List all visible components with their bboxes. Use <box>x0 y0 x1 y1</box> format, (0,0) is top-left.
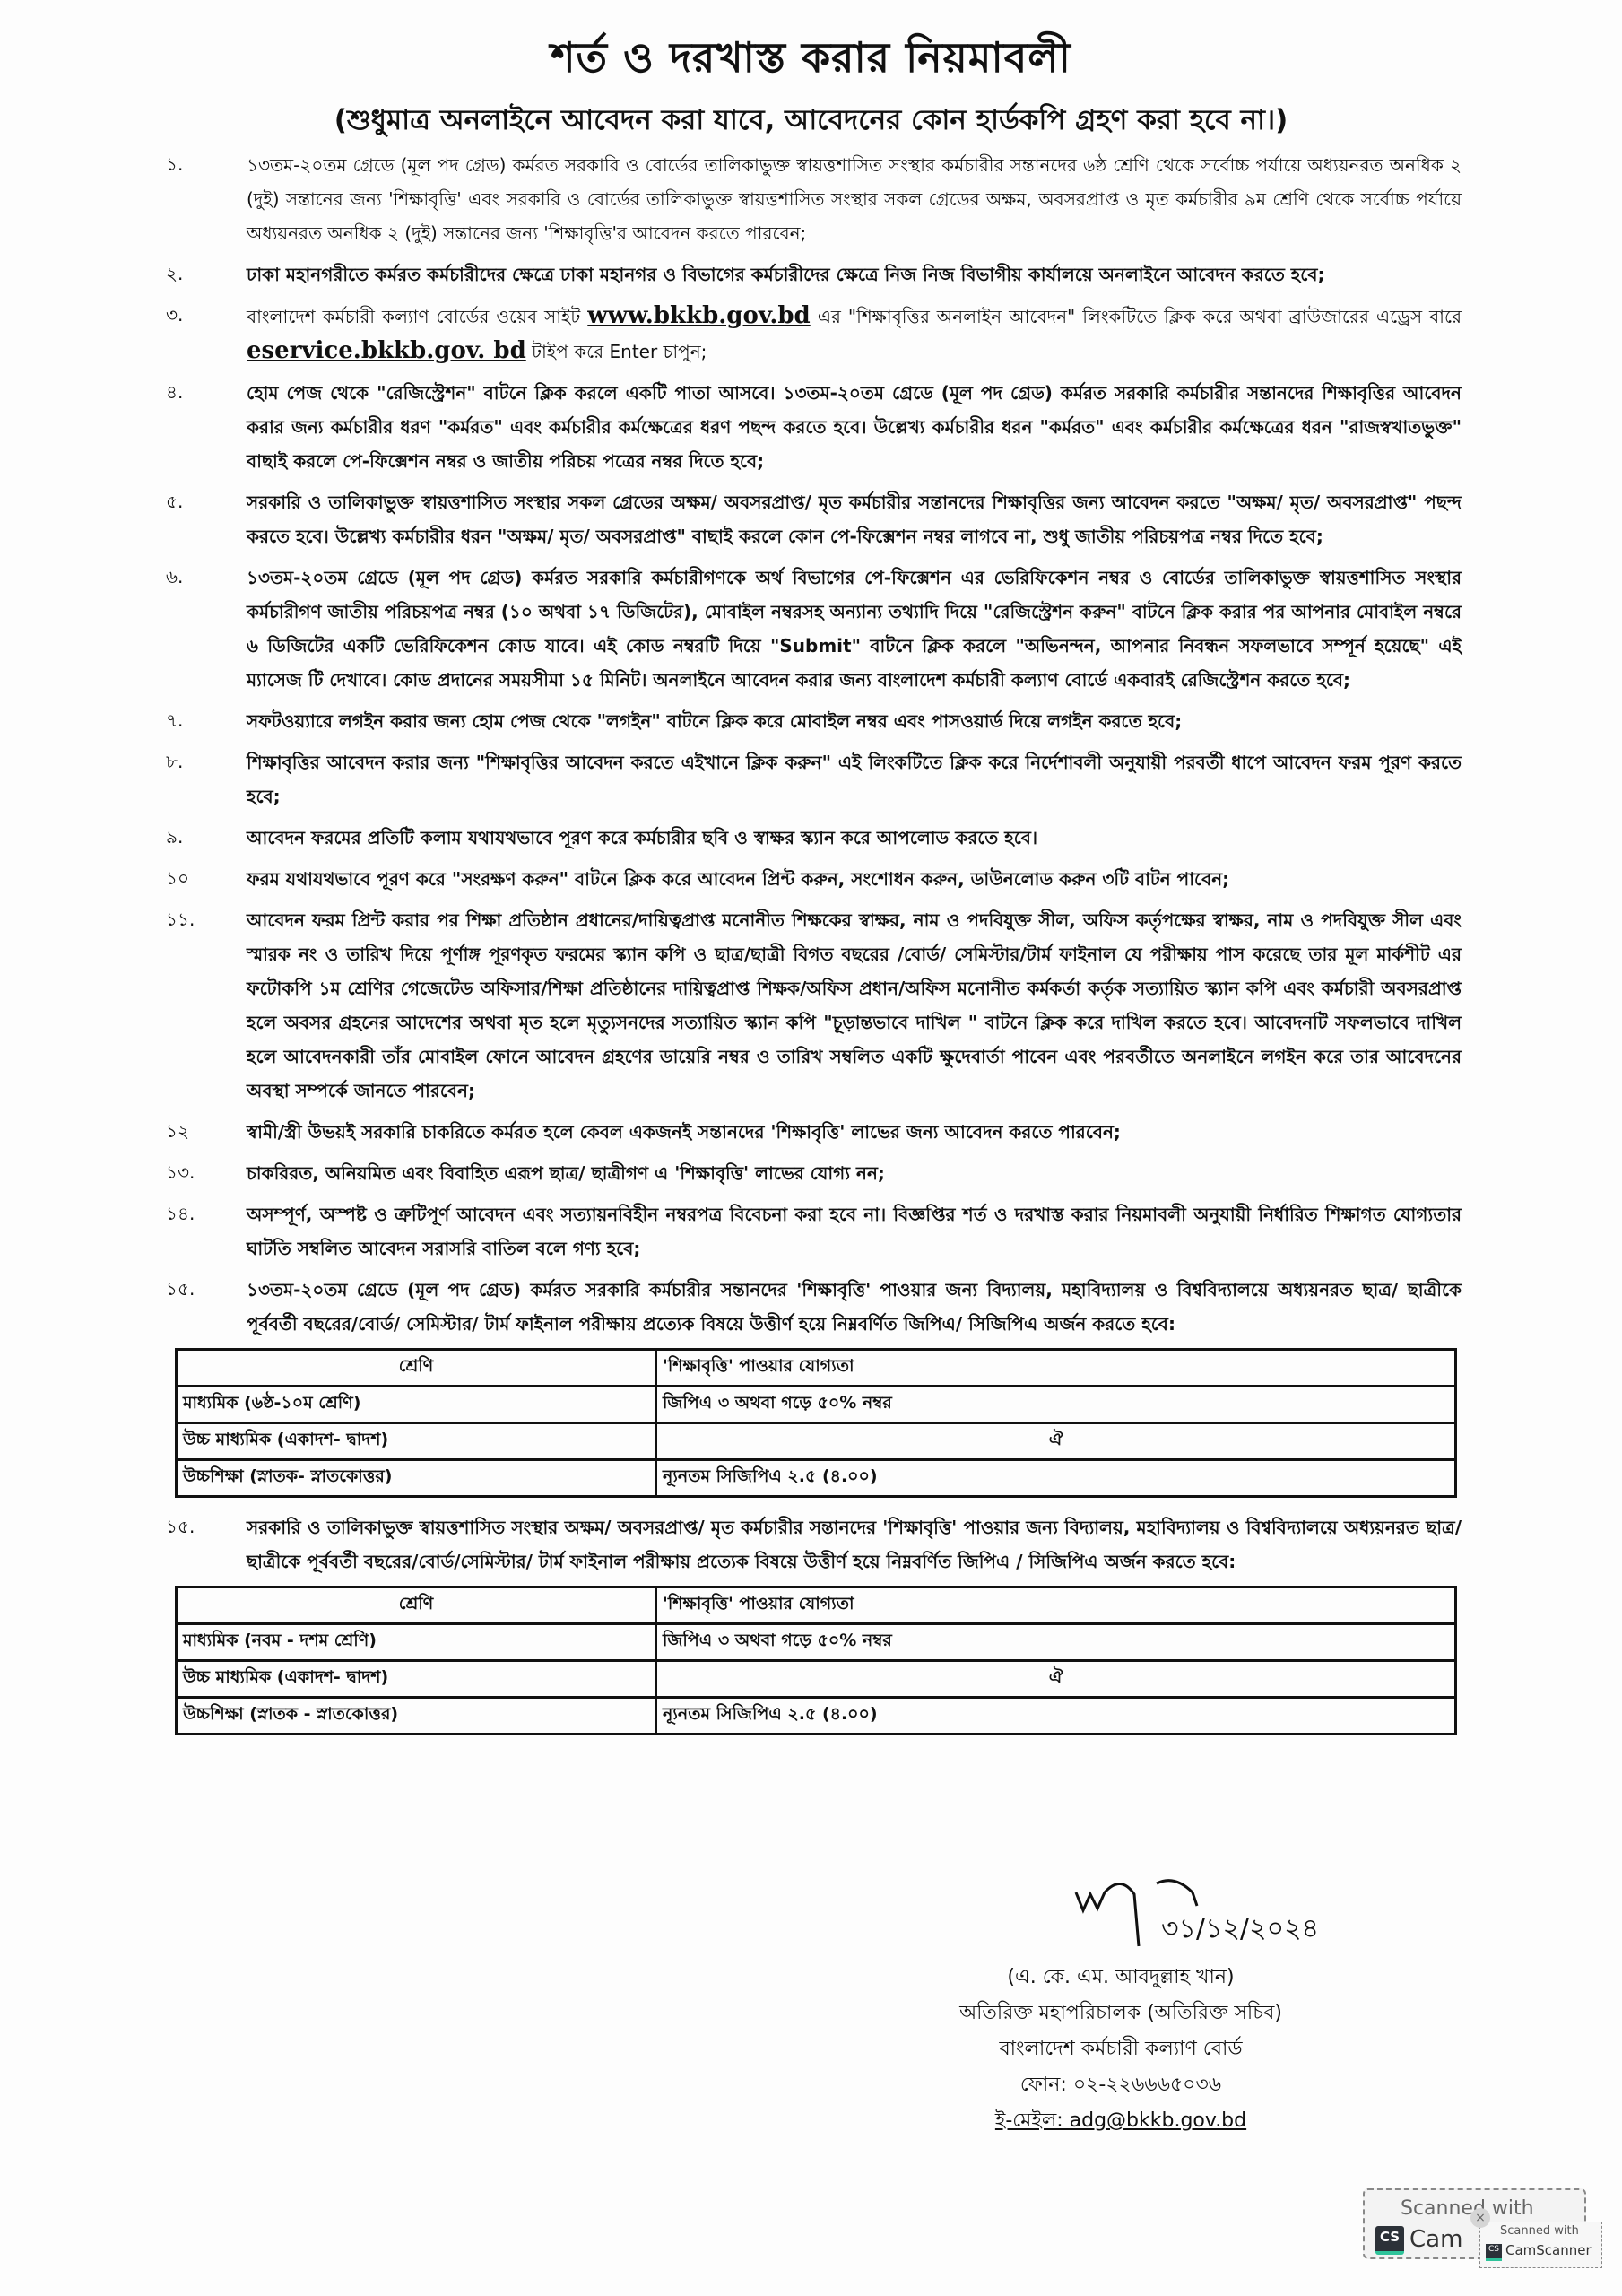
list-item: ২.ঢাকা মহানগরীতে কর্মরত কর্মচারীদের ক্ষে… <box>166 257 1462 291</box>
item-number: ১৪. <box>166 1197 247 1231</box>
item-text: স্বামী/স্ত্রী উভয়ই সরকারি চাকরিতে কর্মর… <box>247 1115 1462 1149</box>
item-number: ৭. <box>166 704 247 737</box>
item-number: ৫. <box>166 485 247 518</box>
item-text: সরকারি ও তালিকাভুক্ত স্বায়ত্তশাসিত সংস্… <box>247 485 1462 553</box>
list-item: ৫.সরকারি ও তালিকাভুক্ত স্বায়ত্তশাসিত সং… <box>166 485 1462 553</box>
item-number: ৪. <box>166 376 247 409</box>
item-text-middle: এর "শিক্ষাবৃত্তির অনলাইন আবেদন" লিংকটিতে… <box>818 306 1462 327</box>
item-text: ১৩তম-২০তম গ্রেডে (মূল পদ গ্রেড) কর্মরত স… <box>247 148 1462 250</box>
table-header-row: শ্রেণি 'শিক্ষাবৃত্তি' পাওয়ার যোগ্যতা <box>177 1350 1456 1387</box>
item-text: সরকারি ও তালিকাভুক্ত স্বায়ত্তশাসিত সংস্… <box>247 1510 1462 1578</box>
camscanner-logo-icon: CS <box>1375 2226 1404 2255</box>
camscanner-watermark: Scanned with CS Cam Scanned with CS CamS… <box>1363 2188 1586 2259</box>
table-cell: জিপিএ ৩ অথবা গড়ে ৫০% নম্বর <box>656 1387 1456 1423</box>
item-text: অসম্পূর্ণ, অস্পষ্ট ও ত্রুটিপূর্ণ আবেদন এ… <box>247 1197 1462 1265</box>
signatory-email[interactable]: ই-মেইল: adg@bkkb.gov.bd <box>897 2103 1345 2139</box>
watermark-text: Scanned with <box>1401 2197 1534 2220</box>
camscanner-small-logo-icon: CS <box>1486 2244 1502 2261</box>
list-item: ১.১৩তম-২০তম গ্রেডে (মূল পদ গ্রেড) কর্মরত… <box>166 148 1462 250</box>
item-number: ২. <box>166 257 247 291</box>
item-number: ১১. <box>166 903 247 936</box>
list-item: ১৫.সরকারি ও তালিকাভুক্ত স্বায়ত্তশাসিত স… <box>166 1510 1462 1578</box>
item-text-after: টাইপ করে Enter চাপুন; <box>532 341 707 362</box>
rules-list: ১.১৩তম-২০তম গ্রেডে (মূল পদ গ্রেড) কর্মরত… <box>166 148 1462 1748</box>
table-header: শ্রেণি <box>177 1350 656 1387</box>
item-text: ১৩তম-২০তম গ্রেডে (মূল পদ গ্রেড) কর্মরত স… <box>247 561 1462 697</box>
table-cell: ঐ <box>656 1423 1456 1460</box>
table-cell: ঐ <box>656 1661 1456 1698</box>
item-text: ১৩তম-২০তম গ্রেডে (মূল পদ গ্রেড) কর্মরত স… <box>247 1273 1462 1341</box>
item-text: বাংলাদেশ কর্মচারী কল্যাণ বোর্ডের ওয়েব স… <box>247 299 1462 369</box>
table-row: উচ্চ মাধ্যমিক (একাদশ- দ্বাদশ) ঐ <box>177 1423 1456 1460</box>
item-text: ঢাকা মহানগরীতে কর্মরত কর্মচারীদের ক্ষেত্… <box>247 257 1462 291</box>
table-cell: উচ্চ মাধ্যমিক (একাদশ- দ্বাদশ) <box>177 1661 656 1698</box>
list-item: ৮.শিক্ষাবৃত্তির আবেদন করার জন্য "শিক্ষাব… <box>166 745 1462 813</box>
item-text: চাকরিরত, অনিয়মিত এবং বিবাহিত এরূপ ছাত্র… <box>247 1156 1462 1190</box>
item-number: ১. <box>166 148 247 181</box>
item-number: ৯. <box>166 821 247 854</box>
table-cell: উচ্চ মাধ্যমিক (একাদশ- দ্বাদশ) <box>177 1423 656 1460</box>
list-item: ১২স্বামী/স্ত্রী উভয়ই সরকারি চাকরিতে কর্… <box>166 1115 1462 1149</box>
table-header: 'শিক্ষাবৃত্তি' পাওয়ার যোগ্যতা <box>656 1350 1456 1387</box>
table-row: উচ্চশিক্ষা (স্নাতক- স্নাতকোত্তর) ন্যূনতম… <box>177 1460 1456 1497</box>
close-icon[interactable]: × <box>1470 2208 1490 2228</box>
table-cell: ন্যূনতম সিজিপিএ ২.৫ (৪.০০) <box>656 1698 1456 1735</box>
eligibility-table-retired: শ্রেণি 'শিক্ষাবৃত্তি' পাওয়ার যোগ্যতা মা… <box>175 1586 1457 1735</box>
item-number: ১২ <box>166 1115 247 1148</box>
list-item: ৩. বাংলাদেশ কর্মচারী কল্যাণ বোর্ডের ওয়ে… <box>166 299 1462 369</box>
camscanner-inner-badge: Scanned with CS CamScanner <box>1479 2222 1602 2268</box>
eservice-link[interactable]: eservice.bkkb.gov. bd <box>247 337 526 364</box>
table-row: মাধ্যমিক (নবম - দশম শ্রেণি) জিপিএ ৩ অথবা… <box>177 1624 1456 1661</box>
item-text: ফরম যথাযথভাবে পূরণ করে "সংরক্ষণ করুন" বা… <box>247 862 1462 896</box>
item-text: সফটওয়্যারে লগইন করার জন্য হোম পেজ থেকে … <box>247 704 1462 738</box>
list-item: ১৫.১৩তম-২০তম গ্রেডে (মূল পদ গ্রেড) কর্মর… <box>166 1273 1462 1341</box>
signatory-name: (এ. কে. এম. আবদুল্লাহ খান) <box>897 1960 1345 1996</box>
signature-block: (এ. কে. এম. আবদুল্লাহ খান) অতিরিক্ত মহাপ… <box>897 1960 1345 2139</box>
item-number: ১৫. <box>166 1273 247 1306</box>
signatory-designation: অতিরিক্ত মহাপরিচালক (অতিরিক্ত সচিব) <box>897 1996 1345 2031</box>
item-text: শিক্ষাবৃত্তির আবেদন করার জন্য "শিক্ষাবৃত… <box>247 745 1462 813</box>
list-item: ৭.সফটওয়্যারে লগইন করার জন্য হোম পেজ থেক… <box>166 704 1462 738</box>
handwritten-signature: ৩১/১২/২০২৪ <box>1058 1874 1354 1964</box>
list-item: ১১.আবেদন ফরম প্রিন্ট করার পর শিক্ষা প্রত… <box>166 903 1462 1108</box>
table-row: মাধ্যমিক (৬ষ্ঠ-১০ম শ্রেণি) জিপিএ ৩ অথবা … <box>177 1387 1456 1423</box>
list-item: ১৪.অসম্পূর্ণ, অস্পষ্ট ও ত্রুটিপূর্ণ আবেদ… <box>166 1197 1462 1265</box>
table-row: উচ্চ মাধ্যমিক (একাদশ- দ্বাদশ) ঐ <box>177 1661 1456 1698</box>
inner-watermark-text: Scanned with <box>1500 2224 1579 2238</box>
table-header: শ্রেণি <box>177 1587 656 1624</box>
table-row: উচ্চশিক্ষা (স্নাতক - স্নাতকোত্তর) ন্যূনত… <box>177 1698 1456 1735</box>
signatory-organization: বাংলাদেশ কর্মচারী কল্যাণ বোর্ড <box>897 2031 1345 2067</box>
item-number: ১০ <box>166 862 247 895</box>
document-page: শর্ত ও দরখাস্ত করার নিয়মাবলী (শুধুমাত্র… <box>0 0 1622 2296</box>
item-number: ৮. <box>166 745 247 778</box>
list-item: ৪.হোম পেজ থেকে "রেজিস্ট্রেশন" বাটনে ক্লি… <box>166 376 1462 478</box>
website-link[interactable]: www.bkkb.gov.bd <box>587 302 810 329</box>
list-item: ১৩.চাকরিরত, অনিয়মিত এবং বিবাহিত এরূপ ছা… <box>166 1156 1462 1190</box>
table-cell: ন্যূনতম সিজিপিএ ২.৫ (৪.০০) <box>656 1460 1456 1497</box>
table-cell: মাধ্যমিক (নবম - দশম শ্রেণি) <box>177 1624 656 1661</box>
item-text: আবেদন ফরমের প্রতিটি কলাম যথাযথভাবে পূরণ … <box>247 821 1462 855</box>
item-number: ৬. <box>166 561 247 594</box>
table-header-row: শ্রেণি 'শিক্ষাবৃত্তি' পাওয়ার যোগ্যতা <box>177 1587 1456 1624</box>
item-text-before: বাংলাদেশ কর্মচারী কল্যাণ বোর্ডের ওয়েব স… <box>247 306 580 327</box>
table-header: 'শিক্ষাবৃত্তি' পাওয়ার যোগ্যতা <box>656 1587 1456 1624</box>
list-item: ১০ফরম যথাযথভাবে পূরণ করে "সংরক্ষণ করুন" … <box>166 862 1462 896</box>
item-text: আবেদন ফরম প্রিন্ট করার পর শিক্ষা প্রতিষ্… <box>247 903 1462 1108</box>
eligibility-table-serving: শ্রেণি 'শিক্ষাবৃত্তি' পাওয়ার যোগ্যতা মা… <box>175 1348 1457 1498</box>
table-cell: জিপিএ ৩ অথবা গড়ে ৫০% নম্বর <box>656 1624 1456 1661</box>
item-number: ৩. <box>166 299 247 332</box>
page-title: শর্ত ও দরখাস্ত করার নিয়মাবলী <box>0 27 1622 95</box>
table-cell: মাধ্যমিক (৬ষ্ঠ-১০ম শ্রেণি) <box>177 1387 656 1423</box>
list-item: ৯.আবেদন ফরমের প্রতিটি কলাম যথাযথভাবে পূর… <box>166 821 1462 855</box>
svg-text:৩১/১২/২০২৪: ৩১/১২/২০২৪ <box>1161 1913 1319 1944</box>
table-cell: উচ্চশিক্ষা (স্নাতক- স্নাতকোত্তর) <box>177 1460 656 1497</box>
list-item: ৬.১৩তম-২০তম গ্রেডে (মূল পদ গ্রেড) কর্মরত… <box>166 561 1462 697</box>
inner-brand-text: CamScanner <box>1505 2242 1592 2258</box>
table-cell: উচ্চশিক্ষা (স্নাতক - স্নাতকোত্তর) <box>177 1698 656 1735</box>
item-number: ১৩. <box>166 1156 247 1189</box>
item-text: হোম পেজ থেকে "রেজিস্ট্রেশন" বাটনে ক্লিক … <box>247 376 1462 478</box>
page-subtitle: (শুধুমাত্র অনলাইনে আবেদন করা যাবে, আবেদন… <box>0 99 1622 145</box>
watermark-brand-text: Cam <box>1409 2226 1462 2253</box>
item-number: ১৫. <box>166 1510 247 1544</box>
signatory-phone: ফোন: ০২-২২৬৬৬৫০৩৬ <box>897 2067 1345 2103</box>
